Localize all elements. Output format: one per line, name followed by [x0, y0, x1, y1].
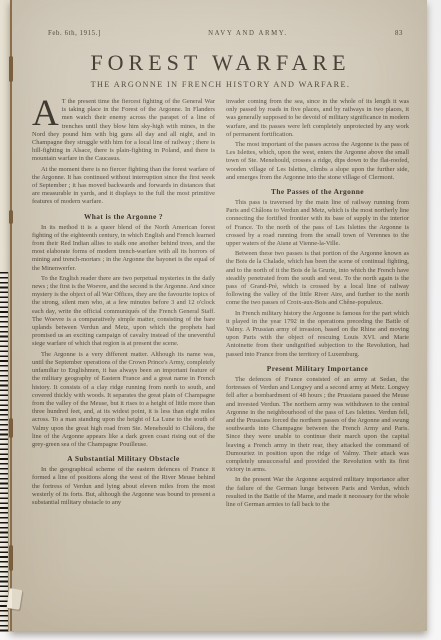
- ruler: [0, 272, 9, 632]
- paper-tear: [7, 588, 23, 610]
- paragraph: To the English reader there are two perp…: [32, 275, 215, 349]
- article-subtitle: THE ARGONNE IN FRENCH HISTORY AND WARFAR…: [32, 80, 409, 89]
- section-heading: A Substantial Military Obstacle: [32, 454, 215, 463]
- paragraph: The most important of the passes across …: [226, 141, 409, 182]
- paragraph: AT the present time the fiercest fightin…: [32, 98, 215, 164]
- section-heading: Present Military Importance: [226, 364, 409, 373]
- paragraph: In the geographical scheme of the easter…: [32, 466, 215, 507]
- paragraph: The Argonne is a very different matter. …: [32, 351, 215, 449]
- paragraph: At the moment there is no fiercer fighti…: [32, 166, 215, 207]
- photo-scene: Feb. 6th, 1915.] NAVY AND ARMY. 83 FORES…: [0, 0, 441, 640]
- paragraph-text: T the present time the fiercest fighting…: [32, 98, 215, 162]
- paragraph: The defences of France consisted of an a…: [226, 376, 409, 474]
- column-right: invader coming from the sea, since in th…: [226, 98, 409, 511]
- issue-date: Feb. 6th, 1915.]: [48, 30, 101, 37]
- paragraph: invader coming from the sea, since in th…: [226, 98, 409, 139]
- paper-edge-mark: [9, 545, 13, 571]
- paragraph: Between these two passes is that portion…: [226, 250, 409, 307]
- column-left: AT the present time the fiercest fightin…: [32, 98, 215, 511]
- paper-edge-mark: [9, 210, 13, 224]
- paragraph: This pass is traversed by the main line …: [226, 199, 409, 248]
- paragraph: In the present War the Argonne acquired …: [226, 476, 409, 509]
- section-heading: What is the Argonne ?: [32, 212, 215, 221]
- paragraph: In French military history the Argonne i…: [226, 310, 409, 359]
- drop-cap: A: [32, 99, 59, 130]
- page-number: 83: [395, 30, 403, 37]
- running-head: Feb. 6th, 1915.] NAVY AND ARMY. 83: [32, 30, 409, 37]
- paper-edge-mark: [9, 418, 13, 438]
- magazine-page: Feb. 6th, 1915.] NAVY AND ARMY. 83 FORES…: [10, 0, 427, 631]
- section-heading: The Passes of the Argonne: [226, 187, 409, 196]
- publication-title: NAVY AND ARMY.: [208, 30, 288, 37]
- paragraph: In its method it is a queer blend of the…: [32, 224, 215, 273]
- paper-edge-mark: [9, 56, 13, 82]
- article-body: AT the present time the fiercest fightin…: [32, 98, 409, 511]
- article-title: FOREST WARFARE: [32, 50, 409, 76]
